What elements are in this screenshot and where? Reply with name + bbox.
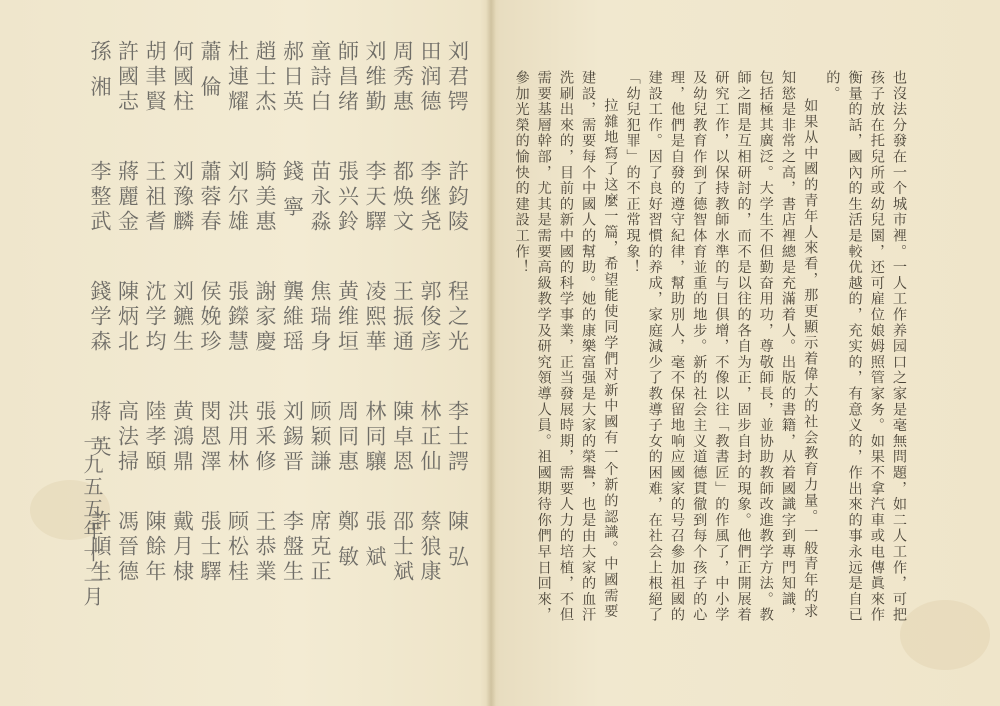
signatory-name: 王祖耆 — [140, 160, 170, 235]
signatory-name: 李盤生 — [278, 510, 308, 585]
signatory-name: 林正仙 — [415, 400, 445, 475]
signatory-name: 張鑅慧 — [223, 280, 253, 355]
signatory-name: 閔恩澤 — [195, 400, 225, 475]
signatory-name: 顾颖謙 — [305, 400, 335, 475]
paragraph-2: 如果从中國的青年人來看，那更顯示着偉大的社会教育力量。一般青年的求知慾是非常之高… — [621, 70, 821, 630]
signatory-name: 陸孝頤 — [140, 400, 170, 475]
signatory-name: 許鈞陵 — [443, 160, 473, 235]
signatory-name: 焦瑞身 — [305, 280, 335, 355]
signatory-name: 陳 弘 — [443, 510, 473, 571]
signatory-name: 程之光 — [443, 280, 473, 355]
signatory-name: 刘錫晋 — [278, 400, 308, 475]
signatory-name: 黄维垣 — [333, 280, 363, 355]
signatory-name: 胡聿賢 — [140, 40, 170, 115]
letter-body: 也沒法分發在一个城市裡。一人工作养园口之家是毫無問題，如二人工作，可把孩子放在托… — [540, 70, 910, 630]
signatory-name: 高法掃 — [113, 400, 143, 475]
letter-date: 一九五五年十二月 — [78, 432, 107, 608]
paper-stain — [900, 600, 990, 670]
signatory-name: 馮晉德 — [113, 510, 143, 585]
signatory-name: 李天驛 — [360, 160, 390, 235]
signatory-name: 陳炳北 — [113, 280, 143, 355]
signatory-name: 林同驤 — [360, 400, 390, 475]
signatory-name: 張釆修 — [250, 400, 280, 475]
signatory-name: 席克正 — [305, 510, 335, 585]
signatory-name: 沈学均 — [140, 280, 170, 355]
signatory-name: 蔡狼康 — [415, 510, 445, 585]
paragraph-3: 拉雜地寫了这麼一篇，希望能使同学們对新中國有一个新的認識。中國需要建設，需要每个… — [510, 70, 621, 630]
signatory-name: 孫 湘 — [85, 40, 115, 101]
scanned-letter: 刘君锷許鈞陵程之光李士諤陳 弘田润德李继尧郭俊彦林正仙蔡狼康周秀惠都焕文王振通陳… — [0, 0, 1000, 706]
signatory-name: 許國志 — [113, 40, 143, 115]
signatory-name: 王恭業 — [250, 510, 280, 585]
signatory-name: 鄭 敏 — [333, 510, 363, 571]
signatory-name: 蕭蓉春 — [195, 160, 225, 235]
signatory-name: 李整武 — [85, 160, 115, 235]
signatory-name: 杜連耀 — [223, 40, 253, 115]
signatory-name: 陳餘年 — [140, 510, 170, 585]
signatory-name: 苗永淼 — [305, 160, 335, 235]
signatory-name: 錢学森 — [85, 280, 115, 355]
signatory-name: 陳卓恩 — [388, 400, 418, 475]
signatory-name: 顾松桂 — [223, 510, 253, 585]
signatory-name: 刘鑣生 — [168, 280, 198, 355]
signatory-name: 刘君锷 — [443, 40, 473, 115]
signatory-name: 童詩白 — [305, 40, 335, 115]
signatory-name: 蕭 倫 — [195, 40, 225, 101]
signatory-name: 刘尔雄 — [223, 160, 253, 235]
signatory-name: 師昌绪 — [333, 40, 363, 115]
signatory-name: 周秀惠 — [388, 40, 418, 115]
signatory-name: 錢 寧 — [278, 160, 308, 221]
signatory-name: 凌熙華 — [360, 280, 390, 355]
signatory-name: 周同惠 — [333, 400, 363, 475]
signatory-name: 侯娩珍 — [195, 280, 225, 355]
signatory-name: 都焕文 — [388, 160, 418, 235]
signatory-name: 李士諤 — [443, 400, 473, 475]
signatory-name: 洪用林 — [223, 400, 253, 475]
signatory-name: 黄鴻鼎 — [168, 400, 198, 475]
signatory-name: 趙士杰 — [250, 40, 280, 115]
signatory-name: 戴月棣 — [168, 510, 198, 585]
signatory-name: 謝家慶 — [250, 280, 280, 355]
signatory-name: 郭俊彦 — [415, 280, 445, 355]
paragraph-1: 也沒法分發在一个城市裡。一人工作养园口之家是毫無問題，如二人工作，可把孩子放在托… — [821, 70, 910, 630]
signatory-name: 王振通 — [388, 280, 418, 355]
signatory-name: 刘维勤 — [360, 40, 390, 115]
signatory-name: 龔維瑶 — [278, 280, 308, 355]
signatory-name: 張士驛 — [195, 510, 225, 585]
signatory-name: 蔣麗金 — [113, 160, 143, 235]
signatory-name: 騎美惠 — [250, 160, 280, 235]
signatory-name: 張 斌 — [360, 510, 390, 571]
signatory-name: 李继尧 — [415, 160, 445, 235]
signatory-name: 田润德 — [415, 40, 445, 115]
signatory-name: 邵士斌 — [388, 510, 418, 585]
signatory-name: 何國柱 — [168, 40, 198, 115]
signatory-name: 張兴鈴 — [333, 160, 363, 235]
page-fold — [486, 0, 496, 706]
signatory-name: 郝日英 — [278, 40, 308, 115]
signatory-names: 刘君锷許鈞陵程之光李士諤陳 弘田润德李继尧郭俊彦林正仙蔡狼康周秀惠都焕文王振通陳… — [70, 40, 470, 660]
signatory-name: 刘豫麟 — [168, 160, 198, 235]
